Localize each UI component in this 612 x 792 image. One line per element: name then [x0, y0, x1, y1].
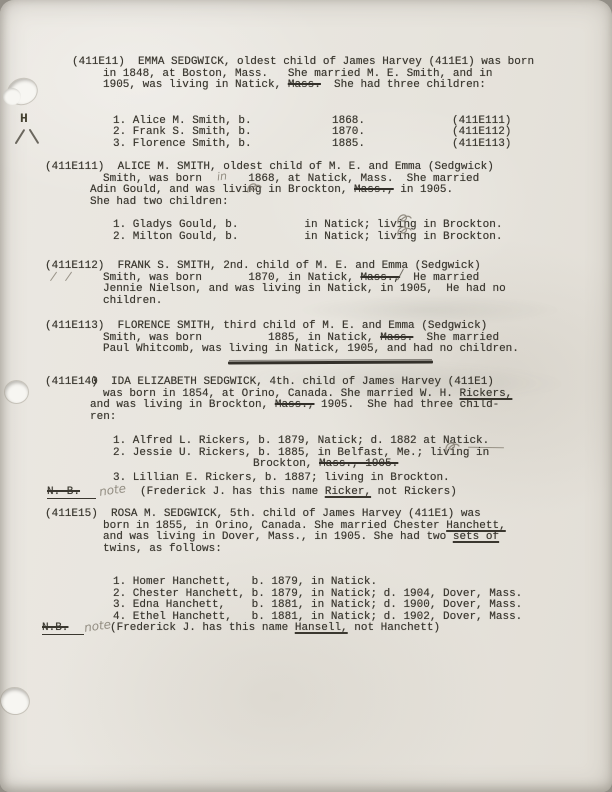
strikethrough-text: Mass.,	[275, 399, 315, 411]
punch-hole-top-tear	[3, 88, 21, 105]
strikethrough-text: Mass.,	[360, 272, 400, 284]
overtyped-character: 0)	[91, 377, 98, 389]
text-segment: (Frederick J. has this name	[140, 486, 325, 498]
strikethrough-text: Mass.	[288, 79, 321, 91]
text-segment: was born in 1854, at Orino, Canada. She …	[103, 388, 459, 400]
child-list-row: 2. Frank S. Smith, b. 1870. (411E112)	[0, 127, 612, 139]
text-segment: in 1905.	[394, 184, 453, 196]
typed-line: ren:	[90, 412, 116, 424]
child-name: 3. Florence Smith, b.	[113, 139, 252, 151]
text-segment: and was living in Brockton,	[90, 399, 275, 411]
text-segment: Brockton,	[253, 458, 319, 470]
child-list-row: 1. Alfred L. Rickers, b. 1879, Natick; d…	[113, 436, 489, 448]
pencil-squiggle	[246, 181, 262, 194]
typed-line: 1905, was living in Natick, Mass. She ha…	[103, 80, 486, 92]
punch-hole-bottom	[0, 685, 31, 716]
strikethrough-text: Mass., 1905.	[319, 458, 398, 470]
typed-line: twins, as follows:	[103, 544, 222, 556]
nota-bene-text: (Frederick J. has this name Hansell, not…	[110, 623, 440, 635]
strikethrough-text: Mass.,	[354, 184, 394, 196]
text-segment: not Rickers)	[371, 486, 457, 498]
entry-heading: (411E111) ALICE M. SMITH, oldest child o…	[45, 162, 494, 174]
underlined-text: Rickers,	[459, 388, 512, 400]
underlined-text: Ricker,	[325, 486, 371, 498]
pencil-squiggle	[396, 224, 412, 237]
entry-heading: (411E11) EMMA SEDGWICK, oldest child of …	[72, 57, 534, 69]
nota-bene-line: N.B.	[42, 623, 84, 635]
child-list-row: 2. Milton Gould, b. in Natick; living in…	[113, 232, 502, 244]
child-list-row: 3. Edna Hanchett, b. 1881, in Natick; d.…	[113, 600, 522, 612]
text-segment: IDA ELIZABETH SEDGWICK, 4th. child of Ja…	[98, 376, 494, 388]
nb-label: N. B.	[47, 486, 96, 499]
text-segment: 1905. She had three child-	[314, 399, 499, 411]
typed-line: She had two children:	[90, 197, 229, 209]
text-segment: She had three children:	[321, 79, 486, 91]
underlined-text: Hanchett,	[446, 520, 505, 532]
child-list-row: 3. Florence Smith, b. 1885. (411E113)	[0, 139, 612, 151]
pencil-note-in: in	[216, 170, 227, 184]
text-segment: Smith, was born 1885, in Natick,	[103, 332, 380, 344]
text-segment: He married	[400, 272, 479, 284]
typed-line: children.	[103, 296, 162, 308]
child-list-row: 1. Gladys Gould, b. in Natick; living in…	[113, 220, 502, 232]
strikethrough-text: Mass.	[380, 332, 413, 344]
underlined-text: Hansell,	[295, 622, 348, 634]
pencil-note-word: note	[98, 481, 127, 499]
text-segment: )	[91, 377, 98, 389]
child-list-continuation: Brockton, Mass., 1905.	[253, 459, 398, 471]
text-segment: 1905, was living in Natick,	[103, 79, 288, 91]
pencil-squiggle	[444, 440, 460, 453]
text-segment: (Frederick J. has this name	[110, 622, 295, 634]
child-list-row: 3. Lillian E. Rickers, b. 1887; living i…	[113, 473, 450, 485]
child-list-row: 1. Alice M. Smith, b. 1868. (411E111)	[0, 116, 612, 128]
scanned-page: H (411E11) EMMA SEDGWICK, oldest child o…	[0, 0, 612, 792]
text-segment: born in 1855, in Orino, Canada. She marr…	[103, 520, 446, 532]
typed-line: and was living in Brockton, Mass., 1905.…	[90, 400, 499, 412]
pencil-slash-mark	[65, 272, 72, 282]
nota-bene-line: N. B.	[47, 487, 96, 499]
nb-label: N.B.	[42, 622, 84, 635]
text-segment: (411E14	[45, 376, 91, 388]
typed-line: Paul Whitcomb, was living in Natick, 190…	[103, 344, 519, 356]
reference-id: (411E113)	[452, 139, 511, 151]
pencil-note-word: note	[83, 617, 112, 635]
text-segment: Smith, was born 1870, in Natick,	[103, 272, 360, 284]
child-list-row: 1. Homer Hanchett, b. 1879, in Natick.	[113, 577, 377, 589]
nota-bene-text: (Frederick J. has this name Ricker, not …	[140, 487, 457, 499]
birth-year: 1885.	[332, 139, 365, 151]
text-segment: not Hanchett)	[348, 622, 440, 634]
typed-line: Jennie Nielson, and was living in Natick…	[103, 284, 506, 296]
text-segment: She married	[413, 332, 499, 344]
text-segment: and was living in Dover, Mass., in 1905.…	[103, 531, 453, 543]
pencil-slash-mark	[50, 272, 57, 282]
punch-hole-middle	[5, 381, 28, 403]
text-segment: Adin Gould, and was living in Brockton,	[90, 184, 354, 196]
underlined-text: sets of	[453, 531, 499, 543]
